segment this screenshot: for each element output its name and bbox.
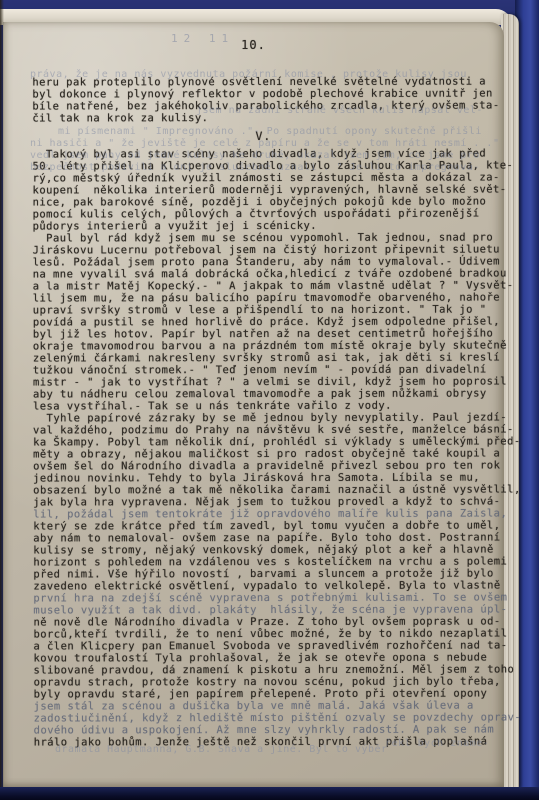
ghost-text-line: bezpečnost podivili a oni je slušebně uz… [30,162,480,173]
page-number: 10. [3,38,504,52]
typescript-line: Jiráskovu Lucernu potřeboval jsem na čis… [33,244,495,257]
typescript-line: ovšem šel do Národního divadla a pravide… [33,460,495,473]
typescript-line: a člen Klicpery pan Emanuel Svoboda ve s… [33,640,495,653]
ghost-text-line: práva, že je na nás vyzvednuta požární k… [30,69,467,80]
typescript-line: opravdu strach, protože kostry na novou … [34,676,496,689]
typescript-line: lesa vystříhal.- Tak se u nás tenkráte v… [33,400,495,413]
typescript-line: byly opravdu staré, jen papírem přelepen… [34,688,496,701]
typescript-line: upraví svršky stromů v lese a přišpendlí… [33,304,495,317]
typescript-line: kovou troufalostí Tyla prohlašoval, že j… [34,652,496,665]
typescript-line: Paul byl rád když jsem mu se scénou vypo… [33,232,495,245]
typescript-line: byl již les hotov. Papír byl natřen až n… [33,328,495,341]
typescript-line: val každého, podzimu do Prahy na návštěv… [33,424,495,437]
typescript-line: mistr - " jak to vystříhat ? " a velmi s… [33,376,495,389]
typescript-line: půdorys interierů a využit jej i scénick… [33,220,495,233]
typescript-line: povídá a pustil se hned horlivě do práce… [33,316,495,329]
typescript-line: zadostiučinění, když z hlediště místo pi… [34,712,496,725]
typescript-line: slibované pravdou, dá znamení k piskotu … [34,664,496,677]
typescript-line: měty a obrazy, nějakou maličkost si pro … [33,448,495,461]
typescript-line: aby nám to nemaloval- ovšem zase na papí… [33,532,495,545]
typescript-line: koupení několika interierů moderněji vyp… [33,184,495,197]
typescript-line: muselo využít a tak divd. plakáty hlásil… [33,604,495,617]
typescript-line: a la mistr Matěj Kopecký.- " A jakpak to… [33,280,495,293]
typescript-line: lesů. Požádal jsem proto pana Štanderu, … [33,256,495,269]
typescript-line: lil jsem mu, že na pásu balicího papíru … [33,292,495,305]
typewritten-text-block: heru pak proteplilo plynové osvětlení ne… [32,76,495,749]
ghost-text-line: řekl bych zname- [385,738,489,749]
typescript-line: který se zde krátce před tím zavedl, byl… [33,520,495,533]
typescript-line: na mne vyvalil svá malá dobrácká očka,hl… [33,268,495,281]
typescript-line: před nimi. Vše hýřilo novostí , barvami … [33,568,495,581]
typescript-line: lil, požádal jsem tentokráte již opravdo… [33,508,495,521]
ghost-text-line: ni hasiči a " že jeviště je celé z papír… [30,138,499,149]
typescript-line: ka Škampy. Pobyl tam několik dní, prohlé… [33,436,495,449]
typescript-line: aby tu nádheru celou zemaloval tmavomodř… [33,388,495,401]
typescript-line: dového údivu a uspokojení. Až mne slzy v… [34,724,496,737]
typescript-line: rý,co městský úředník využil známosti se… [32,172,494,185]
typescript-line: ně nově dle Národního divadla v Praze. Z… [33,616,495,629]
typescript-line: jak byla hra vypravena. Nějak jsem to tu… [33,496,495,509]
book-photo: 12 11 10. heru pak proteplilo plynové os… [0,0,539,800]
ghost-text-line: dramata Hauptmanna, G.B. Shava a jiné. B… [55,744,388,755]
ghost-text-line: mi písmenami " Impregnováno ."- Po spadn… [58,126,482,137]
book-cover-bottom [0,787,539,800]
page-left-shadow [0,0,4,800]
typescript-line: borců,kteří tvrdili, že to není vůbec mo… [33,628,495,641]
typescript-line: zavedeno elektrické osvětlení, vypadalo … [33,580,495,593]
typescript-line: jsem stál za scénou a dušička byla ve mn… [34,700,496,713]
typescript-line: jedinou novinku. Tehdy to byla Jirásková… [33,472,495,485]
ghost-text-line: jsem na zadní straně všech kulis napsal … [196,105,483,116]
typescript-line: nice, pak barokové síně, později i obyče… [33,196,495,209]
typescript-line: Tyhle papírové zázraky by se mě jednou b… [33,412,495,425]
typescript-line: pomocí kulis celých, půlových a čtvrťový… [33,208,495,221]
typescript-line: tužkou vánoční stromek.- " Teď jenom nev… [33,364,495,377]
typescript-line: kulisy se stromy, nějaký venkovský domek… [33,544,495,557]
typescript-line: první hra na zdejší scéně vypravena s po… [33,592,495,605]
ghost-text-line: vedl jsem pány od jedné kulisy ke druhé,… [30,150,480,161]
typescript-line: zelenými čárkami nakresleny svršky strom… [33,352,495,365]
manuscript-page: 12 11 10. heru pak proteplilo plynové os… [3,22,504,788]
typescript-line: obsazení bylo možné a tak mě několika ča… [33,484,495,497]
typescript-line: horizont s pohledem na vzdálenou ves s k… [33,556,495,569]
typescript-line: byl dokonce i plynový reflektor v podobě… [32,88,494,101]
typescript-line: okraje tmavomodrou barvou a na prázdném … [33,340,495,353]
